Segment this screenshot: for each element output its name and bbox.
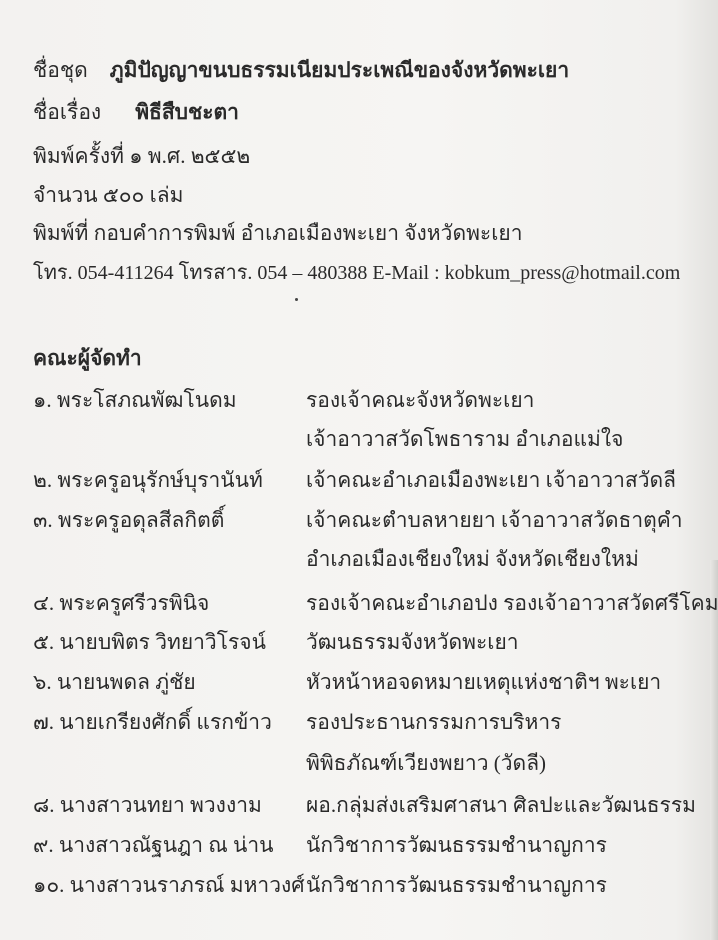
member-name: พระครูศรีวรพินิจ [59, 593, 209, 614]
member-name: นางสาวณัฐนฎา ณ น่าน [59, 835, 274, 856]
member-name: พระโสภณพัฒโนดม [57, 390, 237, 411]
member-role: รองเจ้าคณะอำเภอปง รองเจ้าอาวาสวัดศรีโคมค… [306, 593, 718, 614]
member-role: นักวิชาการวัฒนธรรมชำนาญการ [306, 835, 607, 856]
contact-line: โทร. 054-411264 โทรสาร. 054 – 480388 E-M… [33, 263, 680, 283]
member-number: ๕. [33, 632, 54, 653]
title-line: ชื่อเรื่องพิธีสืบชะตา [33, 102, 239, 123]
title-value: พิธีสืบชะตา [135, 102, 239, 123]
member-number: ๓. [33, 510, 53, 531]
member-name: พระครูอนุรักษ์บุรานันท์ [57, 470, 263, 491]
member-role: ผอ.กลุ่มส่งเสริมศาสนา ศิลปะและวัฒนธรรม [306, 795, 696, 816]
member-role: หัวหน้าหอจดหมายเหตุแห่งชาติฯ พะเยา [306, 672, 661, 693]
member-row: ๗. นายเกรียงศักดิ์ แรกข้าว รองประธานกรรม… [33, 712, 713, 733]
title-label: ชื่อเรื่อง [33, 102, 101, 123]
member-row: ๘. นางสาวนทยา พวงงาม ผอ.กลุ่มส่งเสริมศาส… [33, 795, 713, 816]
member-role: เจ้าคณะตำบลหายยา เจ้าอาวาสวัดธาตุคำ [306, 510, 683, 531]
member-name: นางสาวนทยา พวงงาม [60, 795, 262, 816]
member-number: ๘. [33, 795, 54, 816]
member-name: นายเกรียงศักดิ์ แรกข้าว [59, 712, 272, 733]
member-role: เจ้าคณะอำเภอเมืองพะเยา เจ้าอาวาสวัดลี [306, 470, 676, 491]
copies-line: จำนวน ๕๐๐ เล่ม [33, 185, 184, 206]
member-name: นายนพดล ภู่ชัย [57, 672, 196, 693]
member-role-cont: อำเภอเมืองเชียงใหม่ จังหวัดเชียงใหม่ [306, 549, 639, 570]
scanned-page: ชื่อชุดภูมิปัญญาขนบธรรมเนียมประเพณีของจั… [0, 0, 718, 940]
member-role: วัฒนธรรมจังหวัดพะเยา [306, 632, 519, 653]
member-number: ๖. [33, 672, 52, 693]
member-row: ๔. พระครูศรีวรพินิจ รองเจ้าคณะอำเภอปง รอ… [33, 593, 713, 614]
member-name: นายบพิตร วิทยาวิโรจน์ [59, 632, 266, 653]
member-role: รองเจ้าคณะจังหวัดพะเยา [306, 390, 534, 411]
series-label: ชื่อชุด [33, 60, 88, 81]
edition-line: พิมพ์ครั้งที่ ๑ พ.ศ. ๒๕๕๒ [33, 146, 250, 167]
member-row: ๕. นายบพิตร วิทยาวิโรจน์ วัฒนธรรมจังหวัด… [33, 632, 713, 653]
member-name: พระครูอดุลสีลกิตติ์ [58, 510, 225, 531]
member-number: ๑๐. [33, 875, 64, 896]
member-role: รองประธานกรรมการบริหาร [306, 712, 561, 733]
member-number: ๔. [33, 593, 54, 614]
member-number: ๗. [33, 712, 54, 733]
member-role-cont: เจ้าอาวาสวัดโพธาราม อำเภอแม่ใจ [306, 429, 623, 450]
member-name: นางสาวนราภรณ์ มหาวงศ์ [70, 875, 305, 896]
stray-mark [295, 298, 298, 301]
member-number: ๙. [33, 835, 54, 856]
member-number: ๒. [33, 470, 52, 491]
member-row: ๓. พระครูอดุลสีลกิตติ์ เจ้าคณะตำบลหายยา … [33, 510, 713, 531]
member-row: ๑๐. นางสาวนราภรณ์ มหาวงศ์ นักวิชาการวัฒน… [33, 875, 713, 896]
member-row: ๙. นางสาวณัฐนฎา ณ น่าน นักวิชาการวัฒนธรร… [33, 835, 713, 856]
printer-line: พิมพ์ที่ กอบคำการพิมพ์ อำเภอเมืองพะเยา จ… [33, 223, 522, 244]
committee-heading: คณะผู้จัดทำ [33, 348, 142, 369]
member-row: ๖. นายนพดล ภู่ชัย หัวหน้าหอจดหมายเหตุแห่… [33, 672, 713, 693]
series-line: ชื่อชุดภูมิปัญญาขนบธรรมเนียมประเพณีของจั… [33, 60, 569, 81]
member-number: ๑. [33, 390, 52, 411]
member-role-cont: พิพิธภัณฑ์เวียงพยาว (วัดลี) [306, 753, 546, 774]
member-row: ๑. พระโสภณพัฒโนดม รองเจ้าคณะจังหวัดพะเยา [33, 390, 713, 411]
member-role: นักวิชาการวัฒนธรรมชำนาญการ [306, 875, 607, 896]
series-value: ภูมิปัญญาขนบธรรมเนียมประเพณีของจังหวัดพะ… [110, 60, 569, 81]
member-row: ๒. พระครูอนุรักษ์บุรานันท์ เจ้าคณะอำเภอเ… [33, 470, 713, 491]
